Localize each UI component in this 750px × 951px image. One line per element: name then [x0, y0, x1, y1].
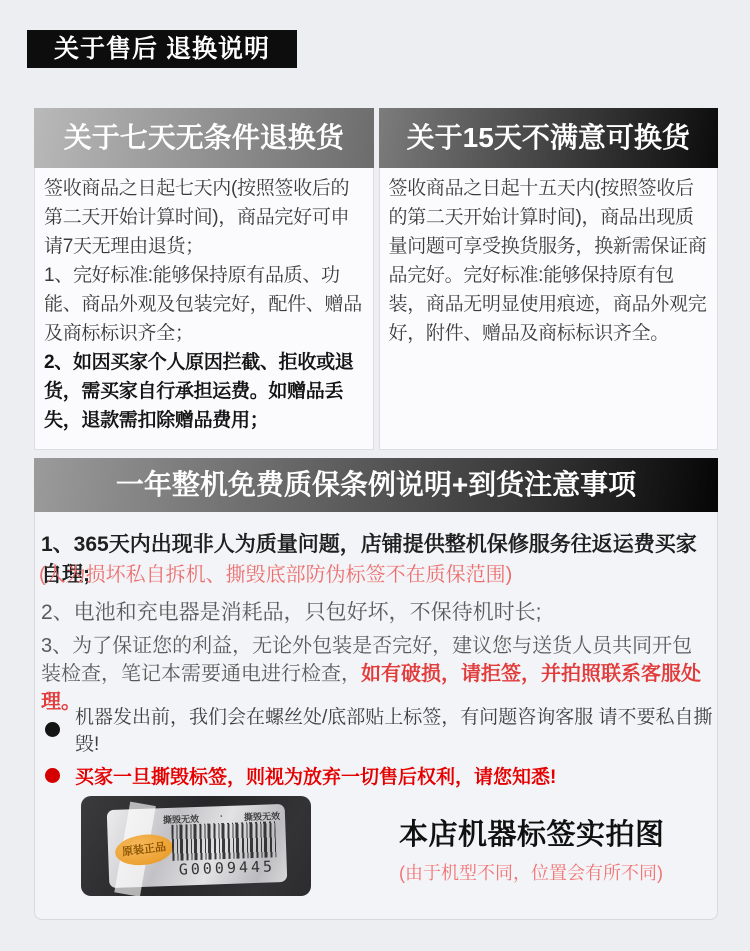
black-dot-icon [45, 722, 60, 737]
fifteen-day-exchange-body: 签收商品之日起十五天内(按照签收后的第二天开始计算时间)，商品出现质量问题可享受… [379, 168, 719, 450]
fifteen-day-exchange-panel: 关于15天不满意可换货 签收商品之日起十五天内(按照签收后的第二天开始计算时间)… [379, 108, 719, 450]
policy-columns: 关于七天无条件退换货 签收商品之日起七天内(按照签收后的第二天开始计算时间)，商… [34, 108, 718, 450]
sticker-serial-number: G0009445 [179, 857, 276, 878]
photo-caption-title: 本店机器标签实拍图 [399, 812, 665, 853]
seven-day-return-header: 关于七天无条件退换货 [34, 108, 374, 168]
label-warning-text: 买家一旦撕毁标签，则视为放弃一切售后权利，请您知悉! [75, 762, 556, 789]
red-dot-icon [45, 768, 60, 783]
photo-caption-note: (由于机型不同，位置会有所不同) [399, 859, 665, 885]
warranty-item-1-note: (人为损坏私自拆机、撕毁底部防伪标签不在质保范围) [39, 558, 512, 587]
policy-paragraph-intro: 签收商品之日起七天内(按照签收后的第二天开始计算时间)，商品完好可申请7天无理由… [44, 174, 364, 261]
section-title-badge: 关于售后 退换说明 [27, 30, 297, 68]
seven-day-return-body: 签收商品之日起七天内(按照签收后的第二天开始计算时间)，商品完好可申请7天无理由… [34, 168, 374, 450]
label-notice-row: 机器发出前，我们会在螺丝处/底部贴上标签，有问题咨询客服 请不要私自撕毁! [45, 702, 717, 756]
fifteen-day-exchange-header: 关于15天不满意可换货 [379, 108, 719, 168]
barcode-icon [171, 821, 276, 861]
policy-paragraph-standard: 1、完好标准:能够保持原有品质、功能、商品外观及包装完好，配件、赠品及商标标识齐… [44, 261, 364, 348]
warranty-item-2: 2、电池和充电器是消耗品，只包好坏，不保待机时长; [41, 596, 542, 626]
exchange-policy-paragraph: 签收商品之日起十五天内(按照签收后的第二天开始计算时间)，商品出现质量问题可享受… [389, 174, 709, 348]
label-photo: 撕毁无效 · 撕毁无效 原装正品 G0009445 [81, 796, 311, 896]
warranty-banner: 一年整机免费质保条例说明+到货注意事项 [34, 458, 718, 512]
photo-caption: 本店机器标签实拍图 (由于机型不同，位置会有所不同) [399, 812, 665, 885]
label-warning-row: 买家一旦撕毁标签，则视为放弃一切售后权利，请您知悉! [45, 762, 556, 789]
label-notice-text: 机器发出前，我们会在螺丝处/底部贴上标签，有问题咨询客服 请不要私自撕毁! [75, 702, 717, 756]
warranty-sticker: 撕毁无效 · 撕毁无效 原装正品 G0009445 [107, 804, 288, 888]
genuine-product-badge: 原装正品 [113, 831, 174, 868]
seven-day-return-panel: 关于七天无条件退换货 签收商品之日起七天内(按照签收后的第二天开始计算时间)，商… [34, 108, 374, 450]
policy-paragraph-buyer-reason: 2、如因买家个人原因拦截、拒收或退货，需买家自行承担运费。如赠品丢失，退款需扣除… [44, 348, 364, 435]
warranty-details-box: 1、365天内出现非人为质量问题，店铺提供整机保修服务往返运费买家自理; (人为… [34, 512, 718, 920]
